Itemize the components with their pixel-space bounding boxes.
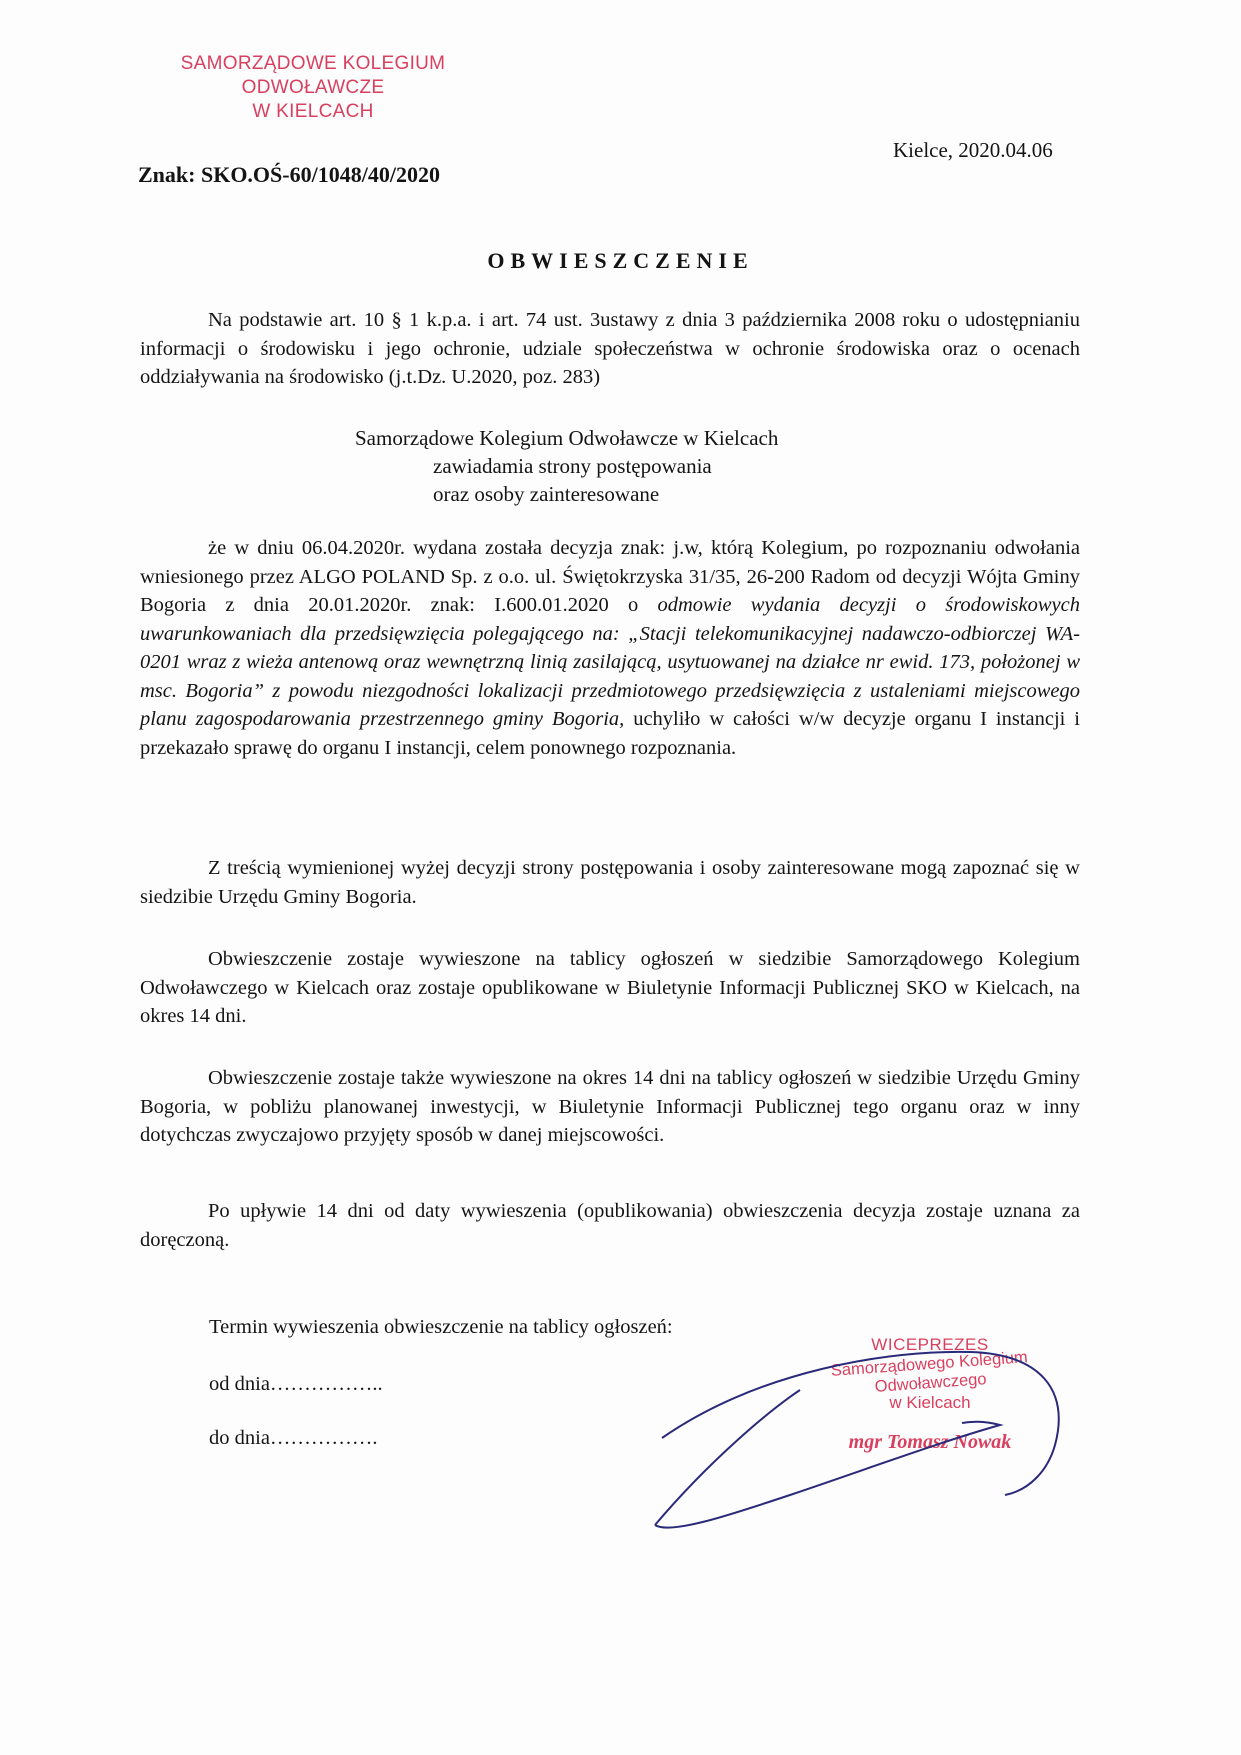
handwritten-signature-icon bbox=[650, 1330, 1110, 1530]
posting-to-date: do dnia……………. bbox=[209, 1427, 378, 1450]
authority-notifies: zawiadamia strony postępowania bbox=[355, 452, 778, 480]
stamp-line-3: W KIELCACH bbox=[178, 100, 448, 124]
posting-term-label: Termin wywieszenia obwieszczenie na tabl… bbox=[209, 1316, 673, 1339]
stamp-line-1: SAMORZĄDOWE KOLEGIUM bbox=[178, 52, 448, 76]
stamp-line-2: ODWOŁAWCZE bbox=[178, 76, 448, 100]
posting-sko-text: Obwieszczenie zostaje wywieszone na tabl… bbox=[140, 948, 1080, 1027]
place-and-date: Kielce, 2020.04.06 bbox=[893, 138, 1053, 163]
posting-gmina-paragraph: Obwieszczenie zostaje także wywieszone n… bbox=[140, 1064, 1080, 1150]
authority-block: Samorządowe Kolegium Odwoławcze w Kielca… bbox=[355, 424, 778, 508]
posting-sko-paragraph: Obwieszczenie zostaje wywieszone na tabl… bbox=[140, 945, 1080, 1031]
document-title: OBWIESZCZENIE bbox=[0, 248, 1241, 274]
delivery-text: Po upływie 14 dni od daty wywieszenia (o… bbox=[140, 1200, 1080, 1251]
institution-stamp: SAMORZĄDOWE KOLEGIUM ODWOŁAWCZE W KIELCA… bbox=[178, 52, 448, 124]
legal-basis-paragraph: Na podstawie art. 10 § 1 k.p.a. i art. 7… bbox=[140, 306, 1080, 392]
access-text: Z treścią wymienionej wyżej decyzji stro… bbox=[140, 857, 1080, 908]
posting-from-date: od dnia…………….. bbox=[209, 1373, 383, 1396]
reference-number: Znak: SKO.OŚ-60/1048/40/2020 bbox=[138, 162, 440, 188]
legal-basis-text: Na podstawie art. 10 § 1 k.p.a. i art. 7… bbox=[140, 309, 1080, 388]
access-paragraph: Z treścią wymienionej wyżej decyzji stro… bbox=[140, 854, 1080, 911]
posting-gmina-text: Obwieszczenie zostaje także wywieszone n… bbox=[140, 1067, 1080, 1146]
delivery-paragraph: Po upływie 14 dni od daty wywieszenia (o… bbox=[140, 1197, 1080, 1254]
authority-addressees: oraz osoby zainteresowane bbox=[355, 480, 778, 508]
decision-paragraph: że w dniu 06.04.2020r. wydana została de… bbox=[140, 534, 1080, 762]
authority-name: Samorządowe Kolegium Odwoławcze w Kielca… bbox=[355, 424, 778, 452]
document-page: SAMORZĄDOWE KOLEGIUM ODWOŁAWCZE W KIELCA… bbox=[0, 0, 1241, 1755]
